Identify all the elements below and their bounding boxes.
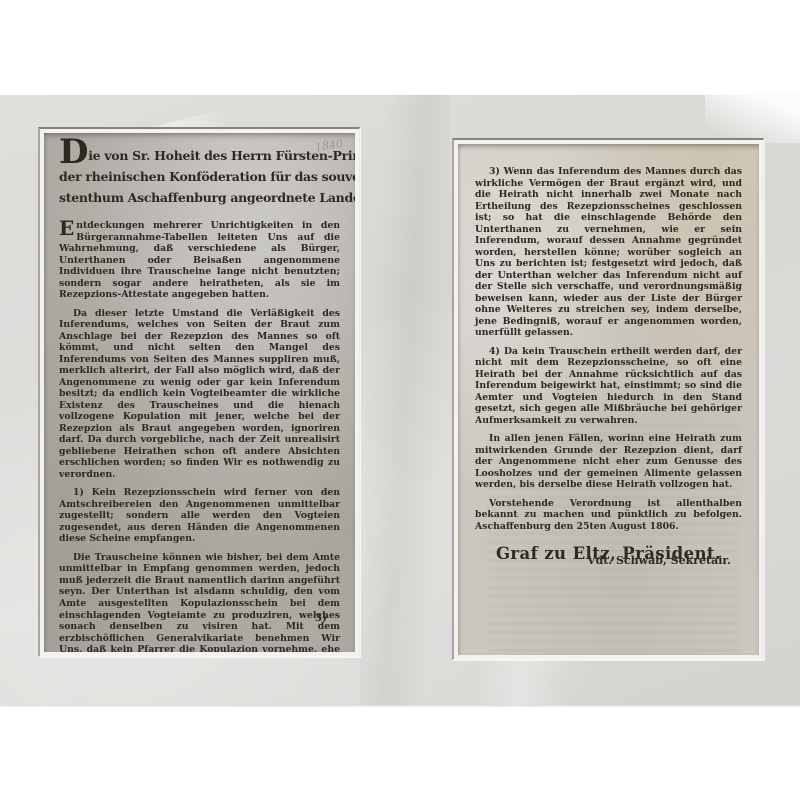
left-page-window: 1840 Die von Sr. Hoheit des Herrn Fürste… [38, 127, 360, 657]
numbered-paragraph-4: 4) Da kein Trauschein ertheilt werden da… [475, 346, 742, 427]
numbered-paragraph-1: 1) Kein Rezepzionsschein wird ferner von… [59, 487, 340, 545]
right-document-page: 3) Wenn das Inferendum des Mannes durch … [458, 144, 759, 655]
numbered-paragraph-3: 3) Wenn das Inferendum des Mannes durch … [475, 166, 742, 339]
title-line: der rheinischen Konföderation für das so… [59, 166, 340, 187]
title-line: Die von Sr. Hoheit des Herrn Fürsten-Pri… [59, 145, 340, 166]
corner-glare-highlight [705, 95, 800, 143]
body-paragraph: Da dieser letzte Umstand die Verläßigkei… [59, 308, 340, 481]
left-document-page: 1840 Die von Sr. Hoheit des Herrn Fürste… [44, 133, 355, 652]
photographed-framed-document: 1840 Die von Sr. Hoheit des Herrn Fürste… [0, 0, 800, 800]
right-page-window: 3) Wenn das Inferendum des Mannes durch … [452, 138, 764, 660]
body-paragraph: In allen jenen Fällen, worinn eine Heira… [475, 433, 742, 491]
mat-crease-shadow [360, 95, 450, 705]
title-line: stenthum Aschaffenburg angeordnete Lande… [59, 187, 340, 208]
document-title: Die von Sr. Hoheit des Herrn Fürsten-Pri… [59, 145, 340, 208]
closing-paragraph: Vorstehende Verordnung ist allenthalben … [475, 498, 742, 533]
body-paragraph: Entdeckungen mehrerer Unrichtigkeiten in… [59, 220, 340, 301]
secretary-signature: Vdt. Schwab, Sekretair. [587, 554, 731, 567]
mat-board: 1840 Die von Sr. Hoheit des Herrn Fürste… [0, 95, 800, 705]
page-catchword: 3) [315, 612, 327, 624]
body-paragraph: Die Trauscheine können wie bisher, bei d… [59, 552, 340, 652]
